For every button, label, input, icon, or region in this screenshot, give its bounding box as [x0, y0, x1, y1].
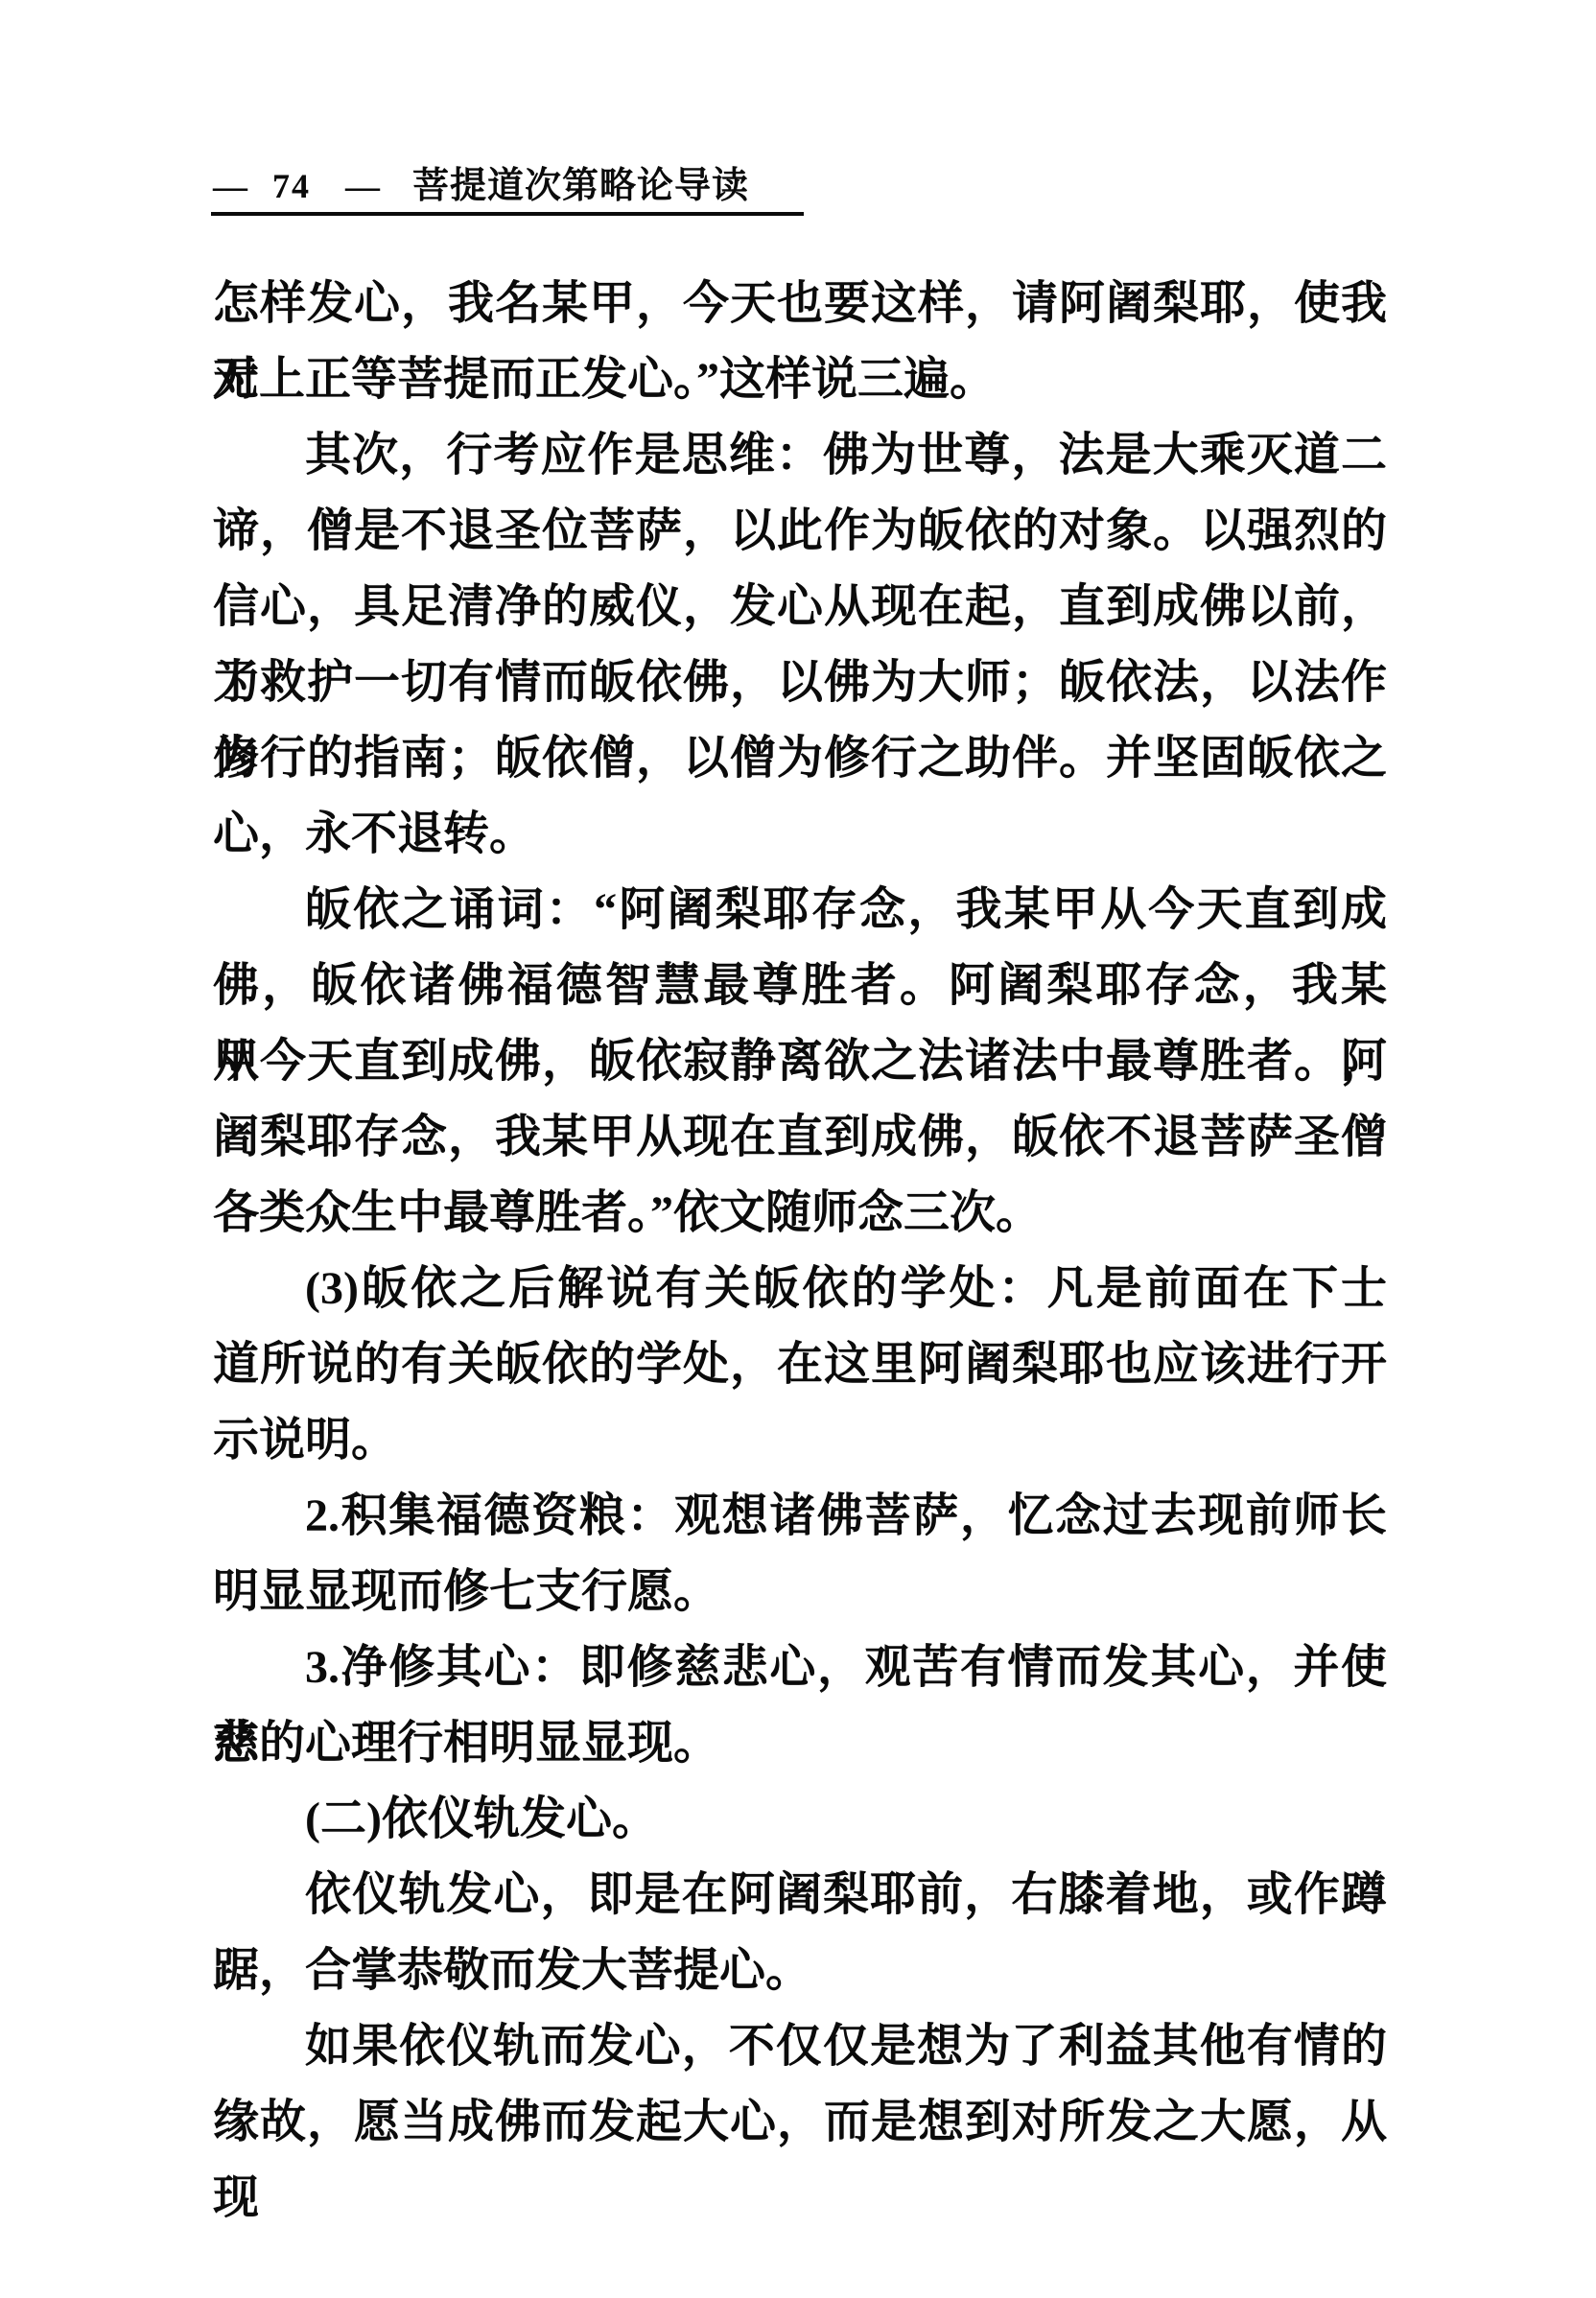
- text-line-6: 了救护一切有情而皈依佛，以佛为大师；皈依法，以法作为: [213, 645, 1387, 720]
- text-line-7: 修行的指南；皈依僧，以僧为修行之助伴。并坚固皈依之: [213, 720, 1387, 796]
- page-number: 74: [272, 165, 311, 207]
- body-text: 怎样发心，我名某甲，今天也要这样，请阿阇梨耶，使我对 无上正等菩提而正发心。”这…: [213, 266, 1387, 2160]
- text-line-4: 谛，僧是不退圣位菩萨，以此作为皈依的对象。以强烈的: [213, 493, 1387, 569]
- text-line-9: 皈依之诵词：“阿阇梨耶存念，我某甲从今天直到成: [213, 872, 1387, 948]
- text-line-14: (3)皈依之后解说有关皈依的学处：凡是前面在下士: [213, 1251, 1387, 1326]
- text-line-12: 阇梨耶存念，我某甲从现在直到成佛，皈依不退菩萨圣僧: [213, 1099, 1387, 1175]
- running-header: — 74 — 菩提道次第略论导读: [213, 165, 1387, 207]
- text-line-23: 踞，合掌恭敬而发大菩提心。: [213, 1933, 1387, 2008]
- text-line-17: 2.积集福德资粮：观想诸佛菩萨，忆念过去现前师长: [213, 1478, 1387, 1554]
- text-line-10: 佛，皈依诸佛福德智慧最尊胜者。阿阇梨耶存念，我某甲，: [213, 948, 1387, 1023]
- text-line-13: 各类众生中最尊胜者。”依文随师念三次。: [213, 1175, 1387, 1251]
- scanned-book-page: — 74 — 菩提道次第略论导读 怎样发心，我名某甲，今天也要这样，请阿阇梨耶，…: [0, 0, 1596, 2298]
- text-line-5: 信心，具足清净的威仪，发心从现在起，直到成佛以前，为: [213, 569, 1387, 645]
- text-line-2: 无上正等菩提而正发心。”这样说三遍。: [213, 341, 1387, 417]
- text-line-8: 心，永不退转。: [213, 796, 1387, 872]
- text-line-24: 如果依仪轨而发心，不仅仅是想为了利益其他有情的: [213, 2008, 1387, 2084]
- header-divider-rule: [211, 212, 804, 216]
- text-line-20: 悲的心理行相明显显现。: [213, 1705, 1387, 1781]
- text-line-22: 依仪轨发心，即是在阿阇梨耶前，右膝着地，或作蹲: [213, 1857, 1387, 1933]
- text-line-11: 从今天直到成佛，皈依寂静离欲之法诸法中最尊胜者。阿: [213, 1023, 1387, 1099]
- text-line-18: 明显显现而修七支行愿。: [213, 1554, 1387, 1630]
- text-line-1: 怎样发心，我名某甲，今天也要这样，请阿阇梨耶，使我对: [213, 266, 1387, 341]
- text-line-3: 其次，行考应作是思维：佛为世尊，法是大乘灭道二: [213, 417, 1387, 493]
- header-right-dash: —: [345, 165, 380, 207]
- book-title: 菩提道次第略论导读: [412, 165, 749, 207]
- text-line-15: 道所说的有关皈依的学处，在这里阿阇梨耶也应该进行开: [213, 1326, 1387, 1402]
- text-line-21: (二)依仪轨发心。: [213, 1781, 1387, 1857]
- text-line-25: 缘故，愿当成佛而发起大心，而是想到对所发之大愿，从现: [213, 2084, 1387, 2160]
- header-left-dash: —: [213, 165, 247, 207]
- text-line-19: 3.净修其心：即修慈悲心，观苦有情而发其心，并使慈: [213, 1630, 1387, 1705]
- text-line-16: 示说明。: [213, 1402, 1387, 1478]
